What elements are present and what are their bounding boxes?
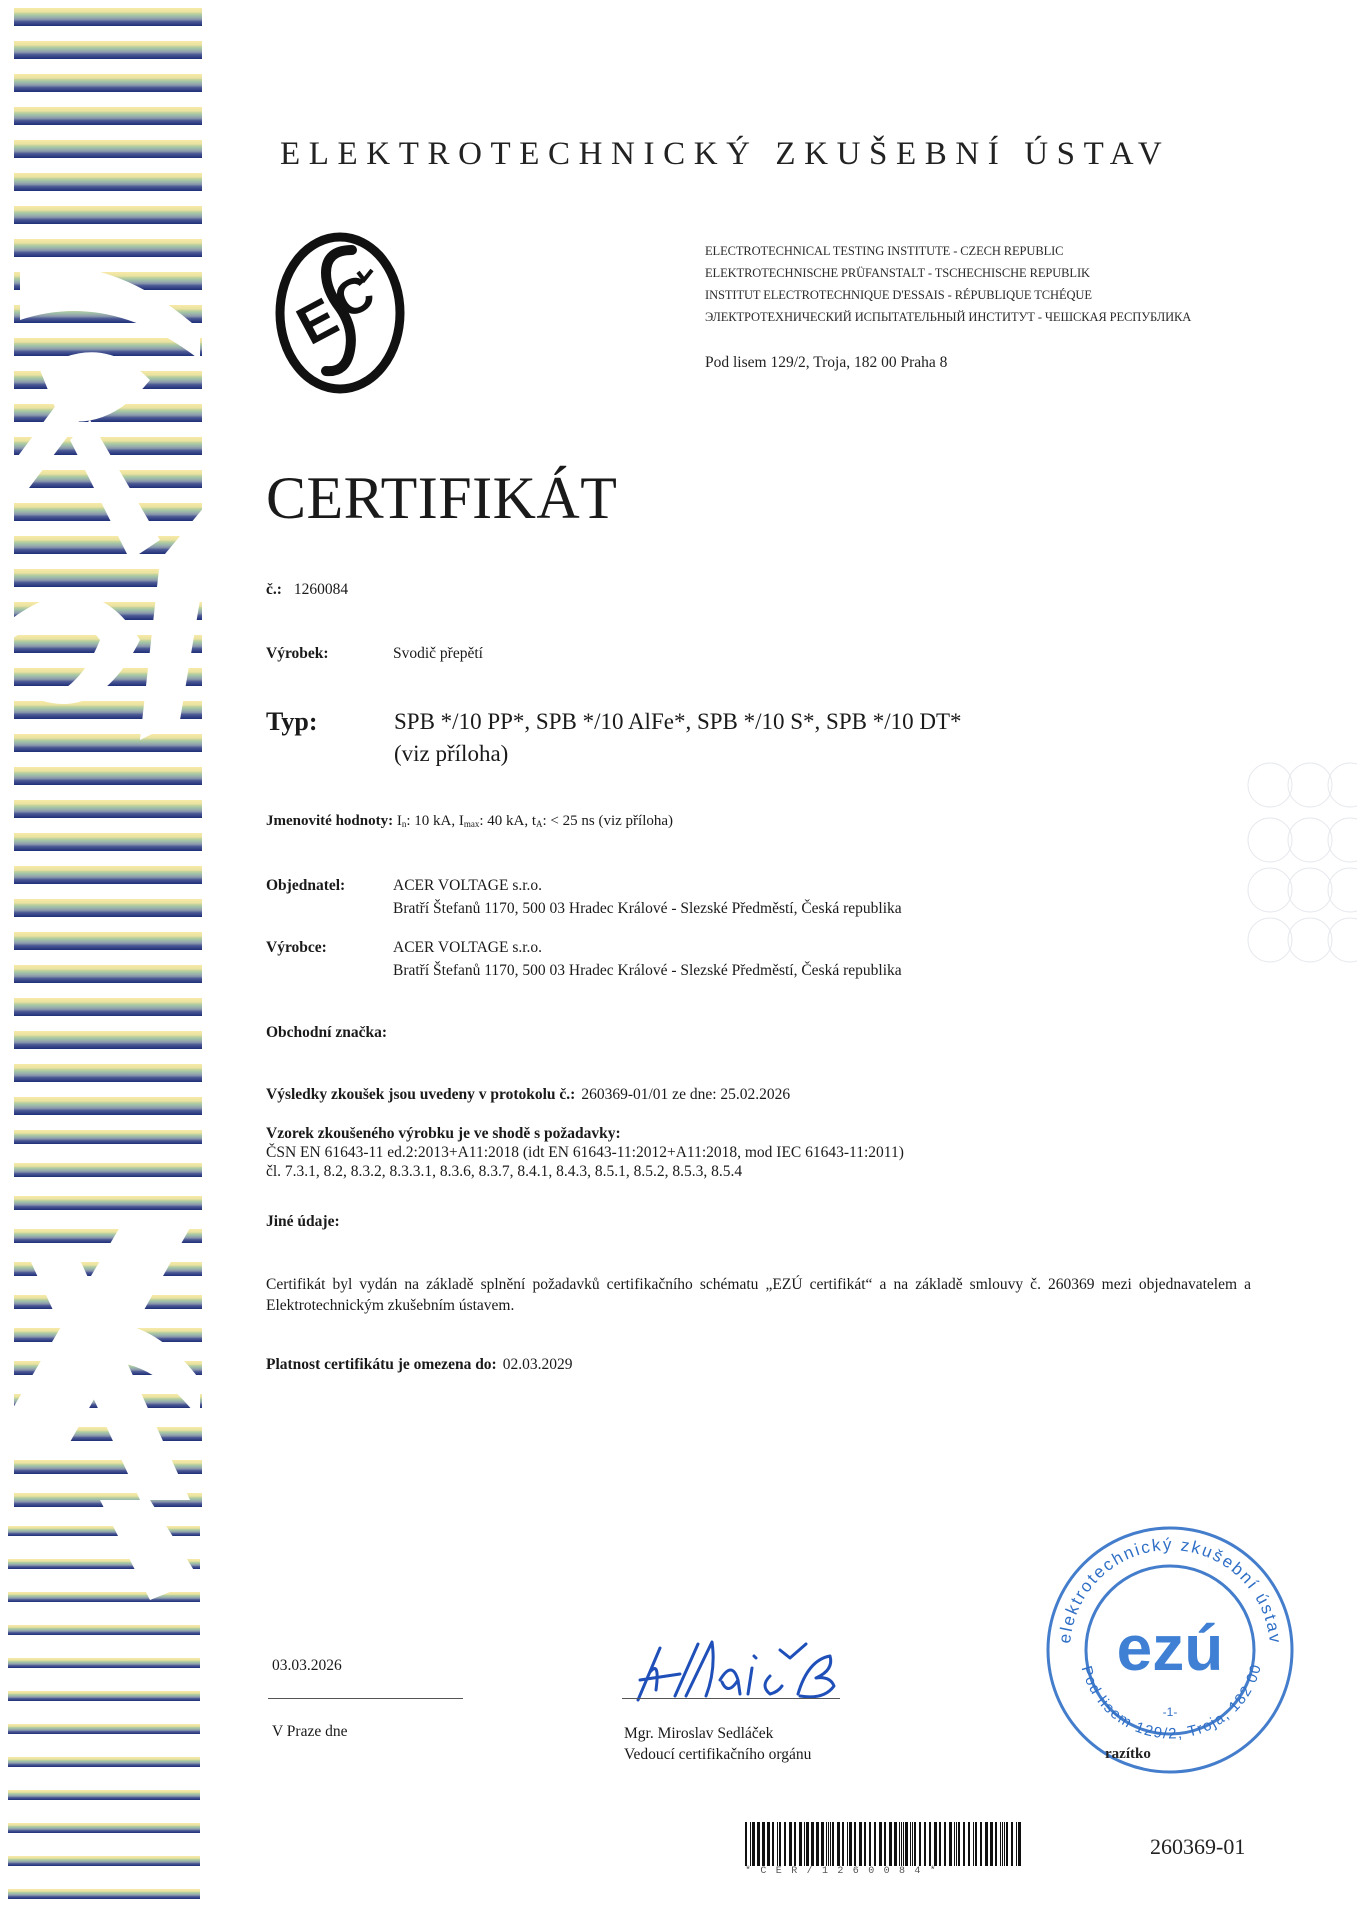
certificate-number: č.:1260084 bbox=[266, 581, 348, 599]
compliance-standard: ČSN EN 61643-11 ed.2:2013+A11:2018 (idt … bbox=[266, 1143, 904, 1162]
rated-values: Jmenovité hodnoty: In: 10 kA, Imax: 40 k… bbox=[266, 813, 673, 830]
translation-ru: ЭЛЕКТРОТЕХНИЧЕСКИЙ ИСПЫТАТЕЛЬНЫЙ ИНСТИТУ… bbox=[705, 306, 1191, 328]
ta-value: : < 25 ns (viz příloha) bbox=[543, 813, 674, 829]
translation-de: ELEKTROTECHNISCHE PRÜFANSTALT - TSCHECHI… bbox=[705, 262, 1191, 284]
trade-name-label: Obchodní značka: bbox=[266, 1024, 387, 1042]
signer-block: Mgr. Miroslav Sedláček Vedoucí certifika… bbox=[624, 1723, 811, 1765]
rated-values-label: Jmenovité hodnoty: bbox=[266, 813, 393, 829]
certificate-number-label: č.: bbox=[266, 581, 282, 598]
issue-date: 03.03.2026 bbox=[272, 1657, 342, 1675]
type-label: Typ: bbox=[266, 707, 318, 737]
signature-underline bbox=[622, 1698, 840, 1699]
imax-subscript: max bbox=[464, 819, 480, 829]
compliance-label: Vzorek zkoušeného výrobku je ve shodě s … bbox=[266, 1124, 904, 1143]
barcode-text: *CER/1260084* bbox=[745, 1866, 1025, 1877]
test-results: Výsledky zkoušek jsou uvedeny v protokol… bbox=[266, 1086, 790, 1104]
in-value: : 10 kA, bbox=[406, 813, 459, 829]
institute-address: Pod lisem 129/2, Troja, 182 00 Praha 8 bbox=[705, 354, 947, 372]
type-models: SPB */10 PP*, SPB */10 AlFe*, SPB */10 S… bbox=[394, 706, 962, 738]
translation-fr: INSTITUT ELECTROTECHNIQUE D'ESSAIS - RÉP… bbox=[705, 284, 1191, 306]
stamp-number: -1- bbox=[1163, 1705, 1178, 1719]
barcode-icon bbox=[743, 1822, 1023, 1866]
signer-role: Vedoucí certifikačního orgánu bbox=[624, 1744, 811, 1765]
product-label: Výrobek: bbox=[266, 645, 329, 662]
test-results-value: 260369-01/01 ze dne: 25.02.2026 bbox=[581, 1086, 790, 1103]
test-results-label: Výsledky zkoušek jsou uvedeny v protokol… bbox=[266, 1086, 575, 1103]
type-value: SPB */10 PP*, SPB */10 AlFe*, SPB */10 S… bbox=[394, 706, 962, 770]
orderer-name: ACER VOLTAGE s.r.o. bbox=[393, 874, 902, 897]
translation-en: ELECTROTECHNICAL TESTING INSTITUTE - CZE… bbox=[705, 240, 1191, 262]
official-stamp-icon: elektrotechnický zkušební ústav Pod lise… bbox=[1040, 1520, 1300, 1780]
signer-name: Mgr. Miroslav Sedláček bbox=[624, 1723, 811, 1744]
place-label: V Praze dne bbox=[272, 1723, 347, 1741]
institute-name: ELEKTROTECHNICKÝ ZKUŠEBNÍ ÚSTAV bbox=[280, 136, 1170, 173]
compliance-block: Vzorek zkoušeného výrobku je ve shodě s … bbox=[266, 1124, 904, 1181]
manufacturer-address: Bratří Štefanů 1170, 500 03 Hradec Králo… bbox=[393, 959, 902, 982]
validity-label: Platnost certifikátu je omezena do: bbox=[266, 1356, 497, 1373]
stamp-label: razítko bbox=[1105, 1746, 1151, 1763]
stamp-center-text: ezú bbox=[1117, 1612, 1224, 1684]
protocol-number: 260369-01 bbox=[1150, 1834, 1245, 1860]
orderer-address: Bratří Štefanů 1170, 500 03 Hradec Králo… bbox=[393, 897, 902, 920]
product-row: Výrobek: Svodič přepětí bbox=[266, 645, 329, 663]
compliance-clauses: čl. 7.3.1, 8.2, 8.3.2, 8.3.3.1, 8.3.6, 8… bbox=[266, 1162, 904, 1181]
orderer-label: Objednatel: bbox=[266, 874, 345, 897]
validity-date: 02.03.2029 bbox=[503, 1356, 573, 1373]
imax-value: : 40 kA, bbox=[479, 813, 532, 829]
product-value: Svodič přepětí bbox=[393, 645, 483, 663]
issuance-statement: Certifikát byl vydán na základě splnění … bbox=[266, 1274, 1251, 1316]
security-watermark-icon bbox=[1150, 740, 1357, 980]
type-note: (viz příloha) bbox=[394, 738, 962, 770]
date-underline bbox=[268, 1698, 463, 1699]
validity: Platnost certifikátu je omezena do:02.03… bbox=[266, 1356, 572, 1374]
other-info-label: Jiné údaje: bbox=[266, 1213, 340, 1231]
manufacturer-name: ACER VOLTAGE s.r.o. bbox=[393, 936, 902, 959]
esc-logo-icon: E C bbox=[270, 228, 410, 398]
institute-translations: ELECTROTECHNICAL TESTING INSTITUTE - CZE… bbox=[705, 240, 1191, 328]
manufacturer-label: Výrobce: bbox=[266, 936, 327, 959]
certificate-title: CERTIFIKÁT bbox=[266, 464, 617, 533]
certificate-number-value: 1260084 bbox=[294, 581, 348, 598]
decorative-stripe-band bbox=[0, 0, 210, 1920]
